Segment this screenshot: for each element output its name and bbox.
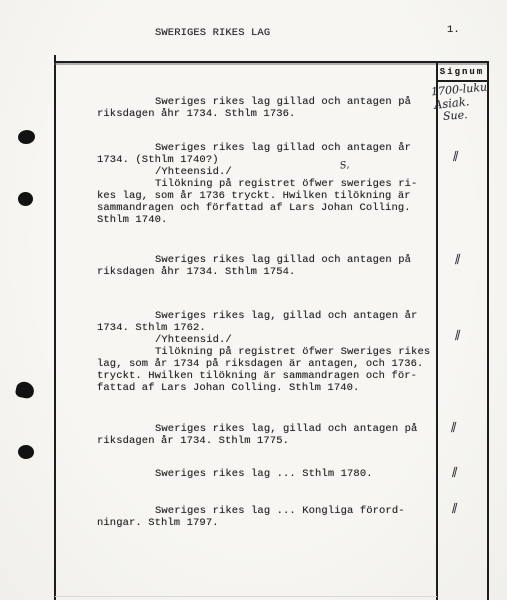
catalog-entry: Sweriges rikes lag gillad och antagen år… — [97, 142, 442, 226]
page-title: SWERIGES RIKES LAG — [155, 27, 270, 39]
table-right-border — [487, 61, 489, 600]
entry-line: Sweriges rikes lag gillad och antagen på — [97, 96, 442, 108]
entry-line: riksdagen åhr 1734. Sthlm 1736. — [97, 108, 442, 120]
entry-line: 1734. Sthlm 1762. — [97, 322, 442, 334]
ditto-mark: ∥ — [451, 150, 459, 163]
handwritten-signum-line-3: Sue. — [443, 108, 468, 123]
catalog-entry: Sweriges rikes lag, gillad och antagen p… — [97, 423, 442, 447]
catalog-card-page: SWERIGES RIKES LAG 1. Signum 1700-luku A… — [0, 0, 507, 600]
entry-line: Sweriges rikes lag ... Sthlm 1780. — [97, 468, 442, 480]
catalog-entry: Sweriges rikes lag ... Kongliga förord- … — [97, 505, 442, 529]
catalog-entry: Sweriges rikes lag, gillad och antagen å… — [97, 310, 442, 394]
page-number: 1. — [447, 24, 460, 36]
entry-line: Tilökning på registret öfwer Sweriges ri… — [97, 346, 442, 358]
entry-line: ningar. Sthlm 1797. — [97, 517, 442, 529]
entry-line: /Yhteensid./ — [97, 334, 442, 346]
entry-line: sammandragen och författad af Lars Johan… — [97, 202, 442, 214]
ditto-mark: ∥ — [450, 502, 458, 515]
entry-line: Sweriges rikes lag gillad och antagen år — [97, 142, 442, 154]
punch-hole-dot — [15, 380, 36, 399]
catalog-entry: Sweriges rikes lag ... Sthlm 1780. — [97, 468, 442, 480]
entry-line: Sweriges rikes lag gillad och antagen på — [97, 254, 442, 266]
ditto-mark: ∥ — [450, 466, 458, 479]
entry-line: Sweriges rikes lag ... Kongliga förord- — [97, 505, 442, 517]
entry-line: Tilökning på registret öfwer sweriges ri… — [97, 178, 442, 190]
catalog-entry: Sweriges rikes lag gillad och antagen på… — [97, 96, 442, 120]
entry-line: Sthlm 1740. — [97, 214, 442, 226]
entry-line: Sweriges rikes lag, gillad och antagen p… — [97, 423, 442, 435]
signum-column-header: Signum — [437, 66, 487, 78]
entry-line: tryckt. Hwilken tilökning är sammandrage… — [97, 370, 442, 382]
punch-hole-dot — [18, 192, 33, 206]
entry-line: riksdagen år 1734. Sthlm 1775. — [97, 435, 442, 447]
entry-line: kes lag, som år 1736 tryckt. Hwilken til… — [97, 190, 442, 202]
entry-line: 1734. (Sthlm 1740?) — [97, 154, 442, 166]
ditto-mark: ∥ — [453, 329, 461, 342]
entry-line: lag, som år 1734 på riksdagen är antagen… — [97, 358, 442, 370]
ditto-mark: ∥ — [453, 253, 461, 266]
entry-line: fattad af Lars Johan Colling. Sthlm 1740… — [97, 382, 442, 394]
catalog-entry: Sweriges rikes lag gillad och antagen på… — [97, 254, 442, 278]
table-top-rule — [54, 61, 489, 63]
ditto-mark: ∥ — [449, 421, 457, 434]
entry-line: riksdagen åhr 1734. Sthlm 1754. — [97, 266, 442, 278]
punch-hole-dot — [17, 444, 34, 460]
punch-hole-dot — [17, 129, 36, 145]
entry-line: Sweriges rikes lag, gillad och antagen å… — [97, 310, 442, 322]
bottom-faint-rule — [55, 596, 437, 597]
table-left-border — [54, 55, 56, 600]
entry-line: /Yhteensid./ — [97, 166, 442, 178]
